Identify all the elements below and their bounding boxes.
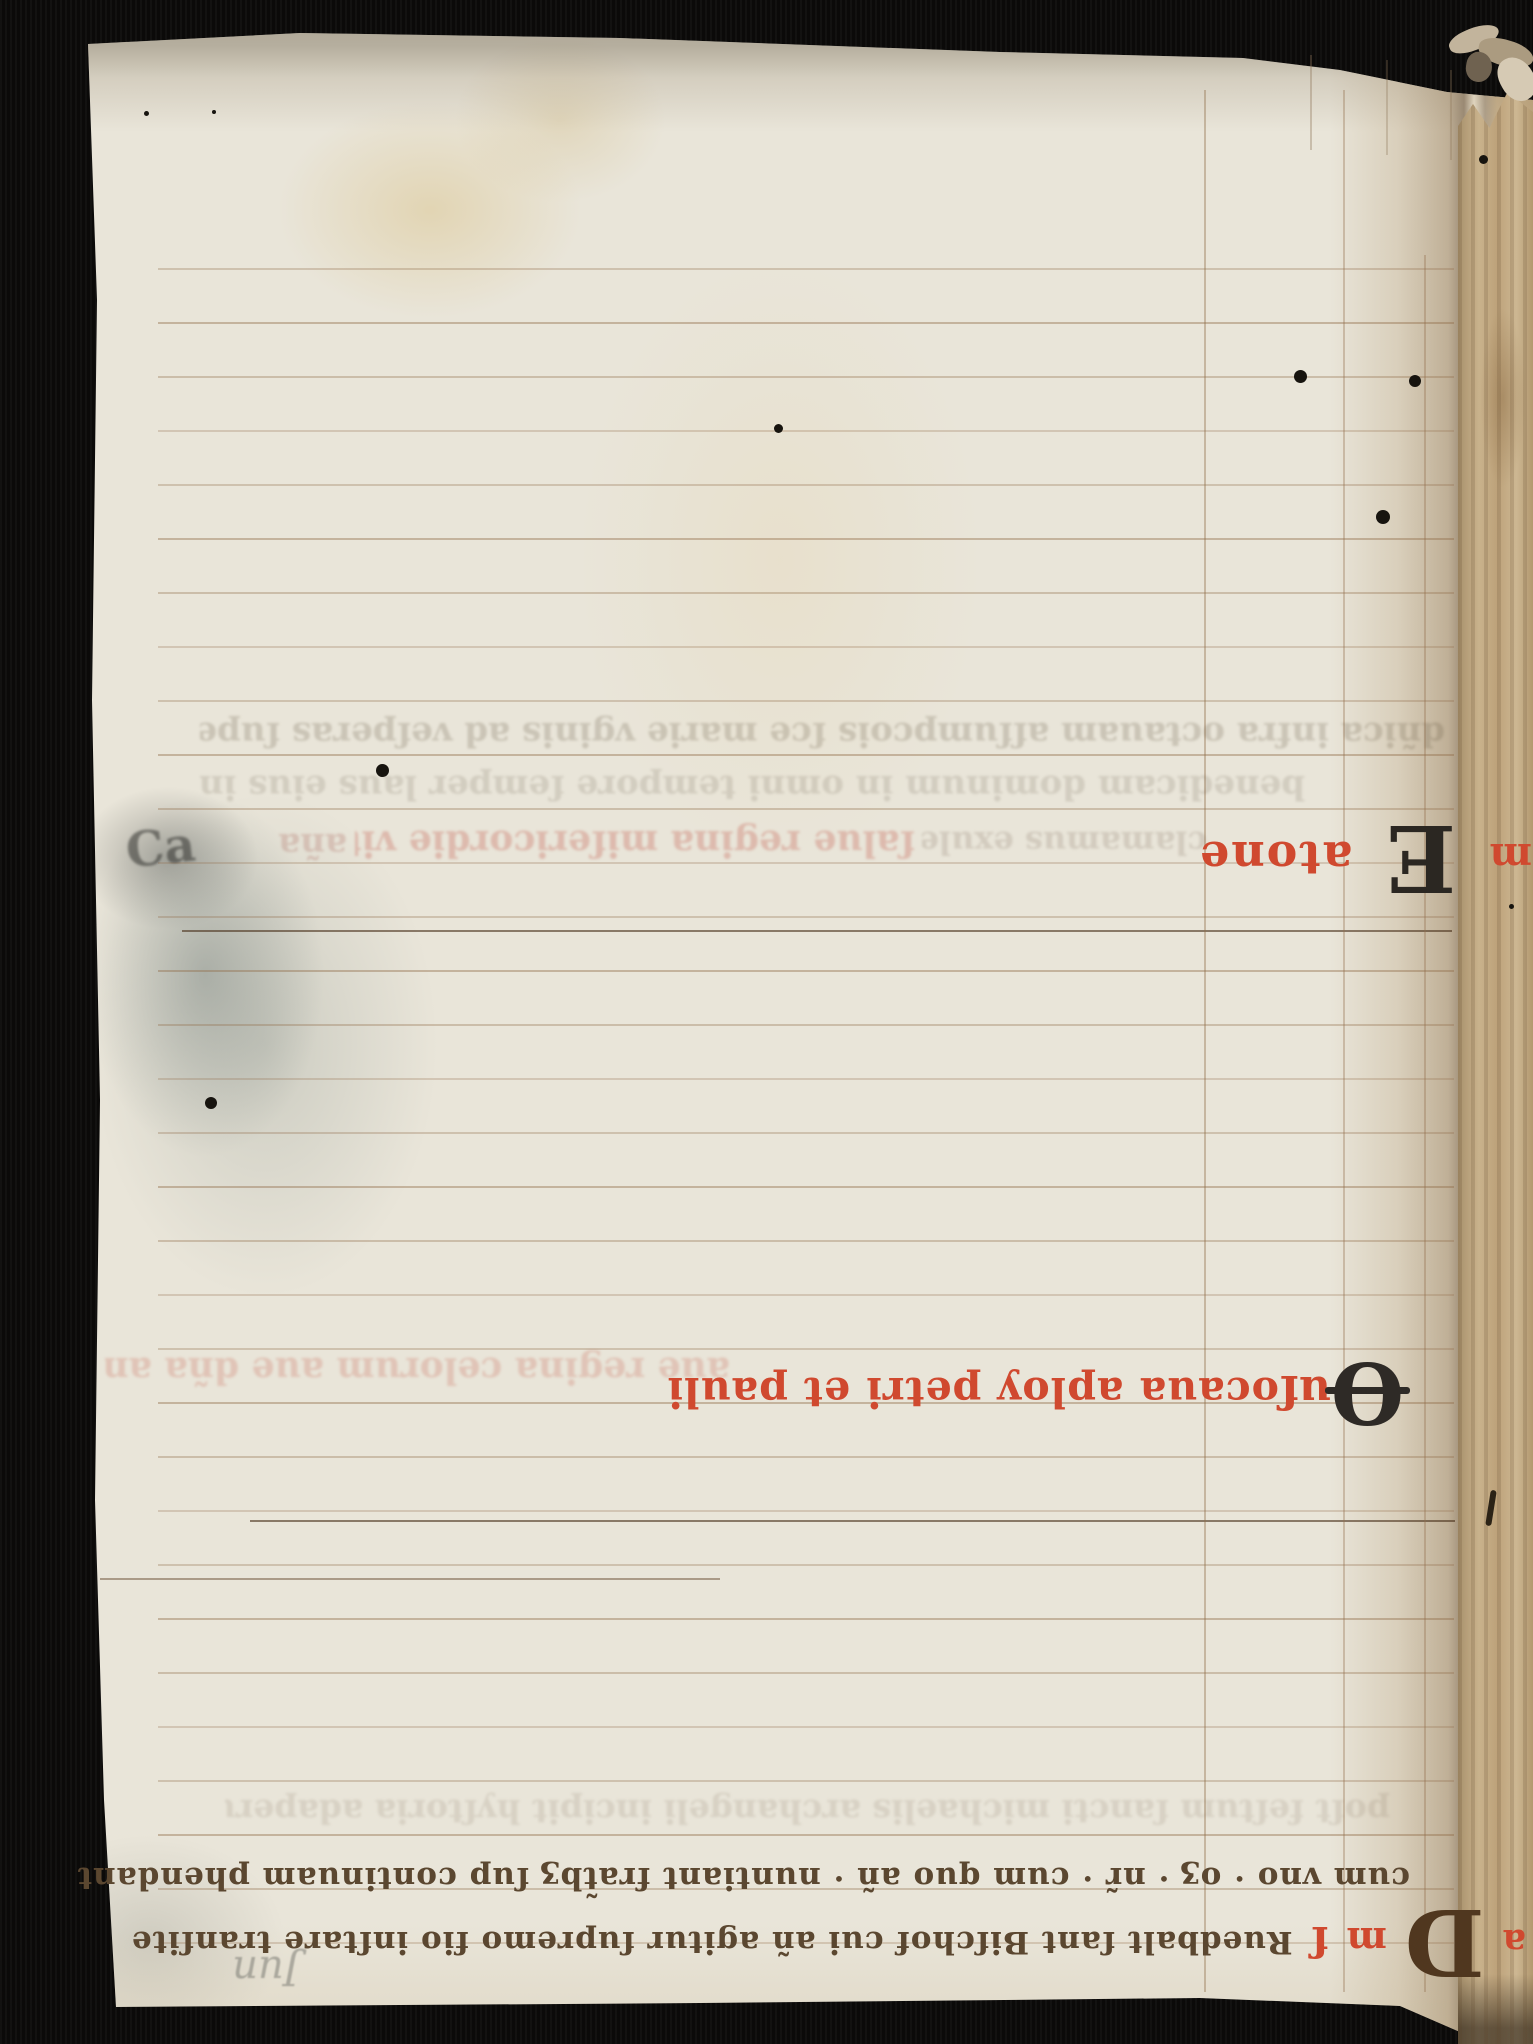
rubric-text: ocaua aploy petri et pauli (667, 1368, 1279, 1416)
ink-speck (774, 424, 783, 433)
guide-letter: a (1503, 1921, 1526, 1963)
manuscript-text: cum vno · oʒ · nr̃ · cum quo añ · nuntia… (77, 1860, 1410, 1896)
smudged-mark: Ca (123, 817, 198, 880)
showthrough-rubric-band: ſalue regina miſericordie vita dulcedo (355, 818, 915, 868)
pencil-note: Jun (188, 1940, 344, 2000)
rubric-sign: ſ (1279, 1365, 1299, 1419)
binding-stub (1458, 78, 1533, 2044)
ink-speck (1294, 370, 1307, 383)
photograph-scene: dñica infra octauam aſſumpcois ſce marie… (0, 0, 1533, 2044)
showthrough-text-band: clamamus exules (922, 820, 1207, 866)
ink-speck (205, 1097, 217, 1109)
ink-speck (144, 111, 149, 116)
initial-E: E (1386, 817, 1456, 900)
ink-speck (1376, 510, 1390, 524)
octava-line: O u ſ ocaua aploy petri et pauli (728, 1340, 1404, 1444)
initial-O-barred: O (1331, 1354, 1404, 1430)
showthrough-rubric-band: aue regina celorum aue dña angelorum (105, 1346, 730, 1394)
rubric-word: m (1490, 835, 1532, 882)
ink-speck (212, 110, 216, 114)
rubric-word: atone (1198, 831, 1352, 885)
showthrough-rubric-band: aña (225, 822, 347, 868)
parchment-page (0, 0, 1533, 2044)
initial-D: D (1405, 1901, 1485, 1984)
ink-speck (1409, 375, 1421, 387)
rubric-letter: m (1347, 1920, 1387, 1965)
rubric-sign: ſ (1311, 1918, 1329, 1967)
showthrough-text-band: benedicam dominum in omni tempore ſemper… (200, 762, 1305, 812)
explicit-line: m E atone (1196, 810, 1533, 906)
ink-speck (1479, 155, 1488, 164)
showthrough-text-band: dñica infra octauam aſſumpcois ſce marie… (200, 708, 1445, 760)
showthrough-text-band: poſt feſtum ſancti michaelis archangeli … (225, 1788, 1390, 1836)
